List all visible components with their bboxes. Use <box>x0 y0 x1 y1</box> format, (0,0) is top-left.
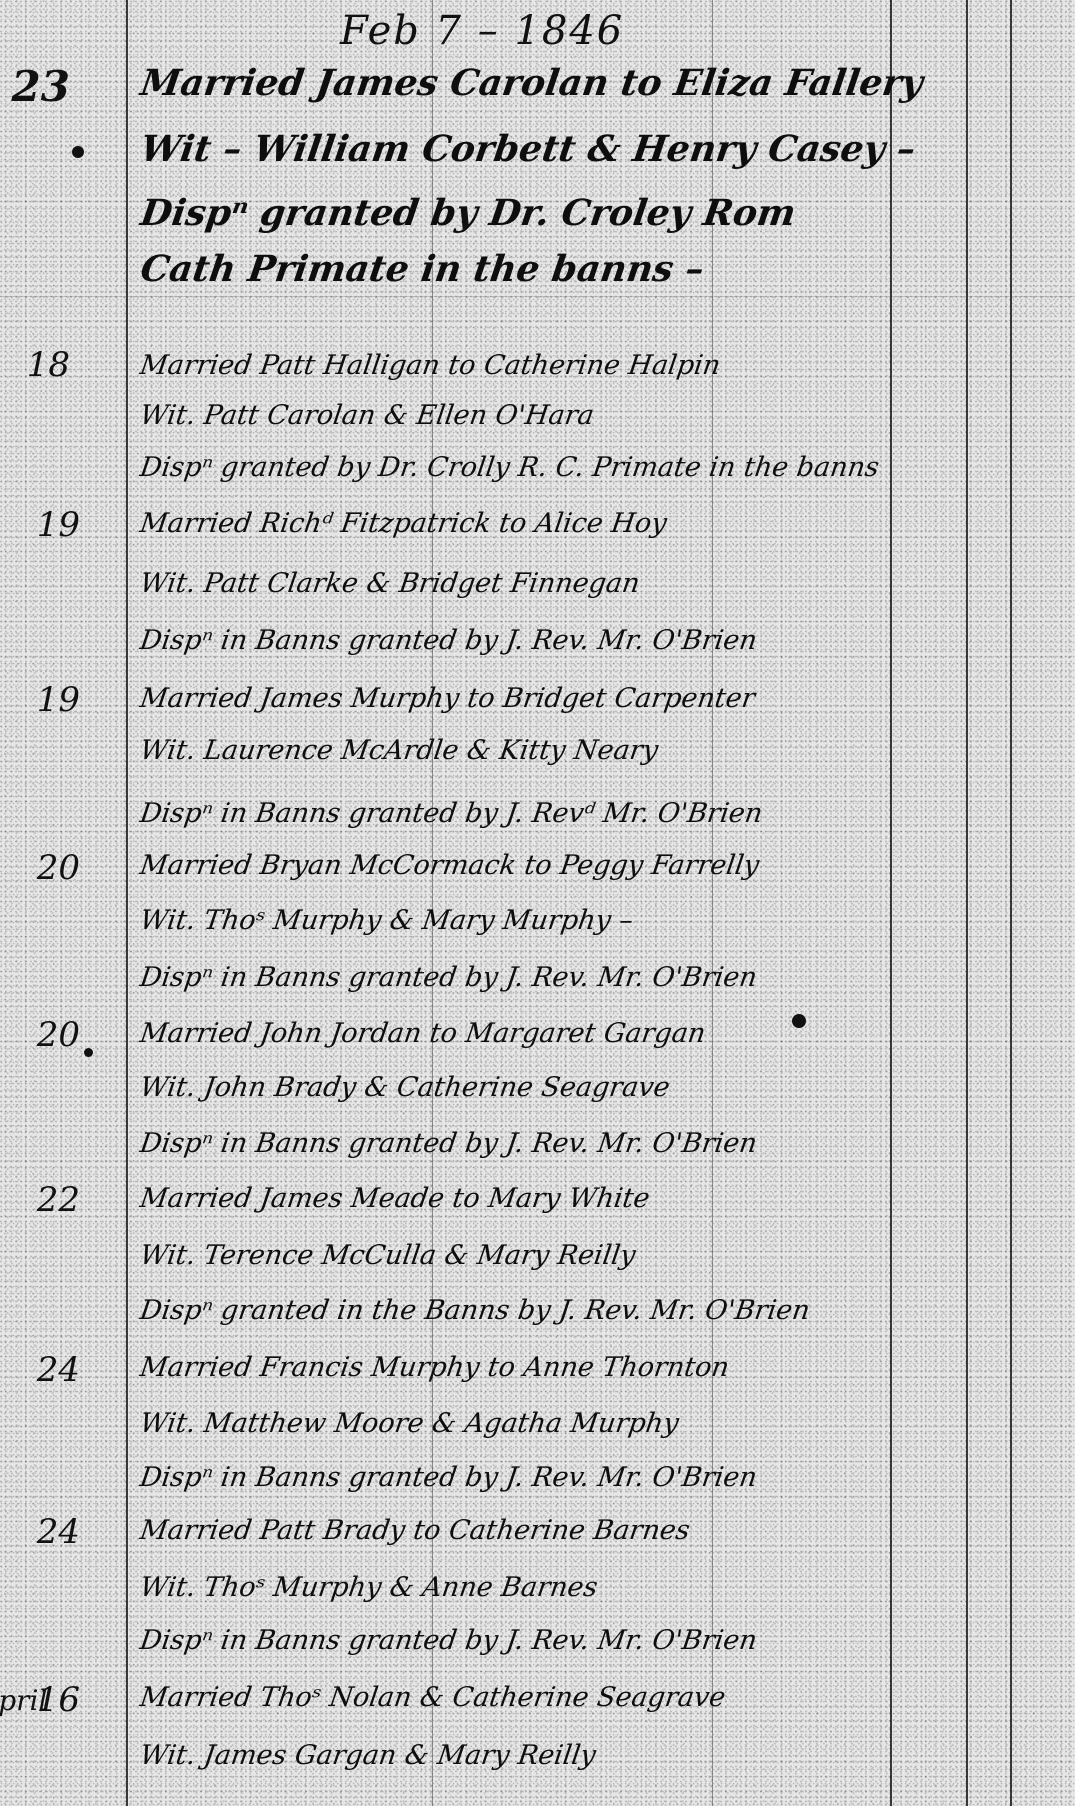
entry-line: Wit. Thoˢ Murphy & Anne Barnes <box>138 1572 909 1603</box>
entry-line: Dispⁿ granted in the Banns by J. Rev. Mr… <box>138 1295 909 1326</box>
entry-line: Dispⁿ granted by Dr. Crolly R. C. Primat… <box>138 452 909 483</box>
entry-line: Wit. Matthew Moore & Agatha Murphy <box>138 1408 909 1439</box>
register-page: Feb 7 – 1846 23 Married James Carolan to… <box>0 0 1075 1806</box>
entry-line: Married Thoˢ Nolan & Catherine Seagrave <box>138 1682 909 1713</box>
entry-line: Wit. Thoˢ Murphy & Mary Murphy – <box>138 905 909 936</box>
ink-blot <box>84 1048 93 1057</box>
entry-day: 19 <box>0 505 80 545</box>
entry-line: Dispⁿ in Banns granted by J. Rev. Mr. O'… <box>138 962 909 993</box>
entry-day: 19 <box>0 680 80 720</box>
header-date: Feb 7 – 1846 <box>340 8 624 54</box>
entry-line: Dispⁿ in Banns granted by J. Rev. Mr. O'… <box>138 1625 909 1656</box>
entry-line: Wit. Patt Carolan & Ellen O'Hara <box>138 400 909 431</box>
entry-day: 23 <box>0 62 70 111</box>
entry-line: Dispⁿ in Banns granted by J. Rev. Mr. O'… <box>138 1128 909 1159</box>
entry-line: Married Patt Brady to Catherine Barnes <box>138 1515 909 1546</box>
entry-line: Married James Meade to Mary White <box>138 1183 909 1214</box>
entry-day: 20 <box>0 848 80 888</box>
column-rule <box>1010 0 1012 1806</box>
entry-line: Married Bryan McCormack to Peggy Farrell… <box>138 850 909 881</box>
entry-line: Wit. Laurence McArdle & Kitty Neary <box>138 735 909 766</box>
entry-line: Dispⁿ in Banns granted by J. Rev. Mr. O'… <box>138 1462 909 1493</box>
entry-line: Married James Carolan to Eliza Fallery <box>138 62 911 104</box>
entry-day: 18 <box>0 345 70 385</box>
entry-line: Dispⁿ in Banns granted by J. Rev. Mr. O'… <box>138 625 909 656</box>
entry-day: 16 <box>0 1680 80 1720</box>
ink-blot <box>792 1014 806 1028</box>
entry-line: Wit. Terence McCulla & Mary Reilly <box>138 1240 909 1271</box>
entry-line: Married Patt Halligan to Catherine Halpi… <box>138 350 909 381</box>
entry-line: Married Richᵈ Fitzpatrick to Alice Hoy <box>138 508 909 539</box>
entry-line: Wit. Patt Clarke & Bridget Finnegan <box>138 568 909 599</box>
entry-line: Dispⁿ in Banns granted by J. Revᵈ Mr. O'… <box>138 798 909 829</box>
entry-divider <box>0 296 1075 297</box>
entry-day: 24 <box>0 1350 80 1390</box>
entry-line: Wit. James Gargan & Mary Reilly <box>138 1740 909 1771</box>
ink-blot <box>72 146 84 158</box>
entry-day: 20 <box>0 1015 80 1055</box>
entry-line: Married James Murphy to Bridget Carpente… <box>138 683 909 714</box>
entry-line: Wit. John Brady & Catherine Seagrave <box>138 1072 909 1103</box>
entry-line: Cath Primate in the banns – <box>138 248 911 290</box>
entry-day: 24 <box>0 1512 80 1552</box>
entry-day: 22 <box>0 1180 80 1220</box>
entry-line: Dispⁿ granted by Dr. Croley Rom <box>138 192 911 234</box>
entry-line: Married Francis Murphy to Anne Thornton <box>138 1352 909 1383</box>
entry-line: Wit – William Corbett & Henry Casey – <box>138 128 911 170</box>
column-rule <box>966 0 968 1806</box>
margin-rule <box>126 0 128 1806</box>
